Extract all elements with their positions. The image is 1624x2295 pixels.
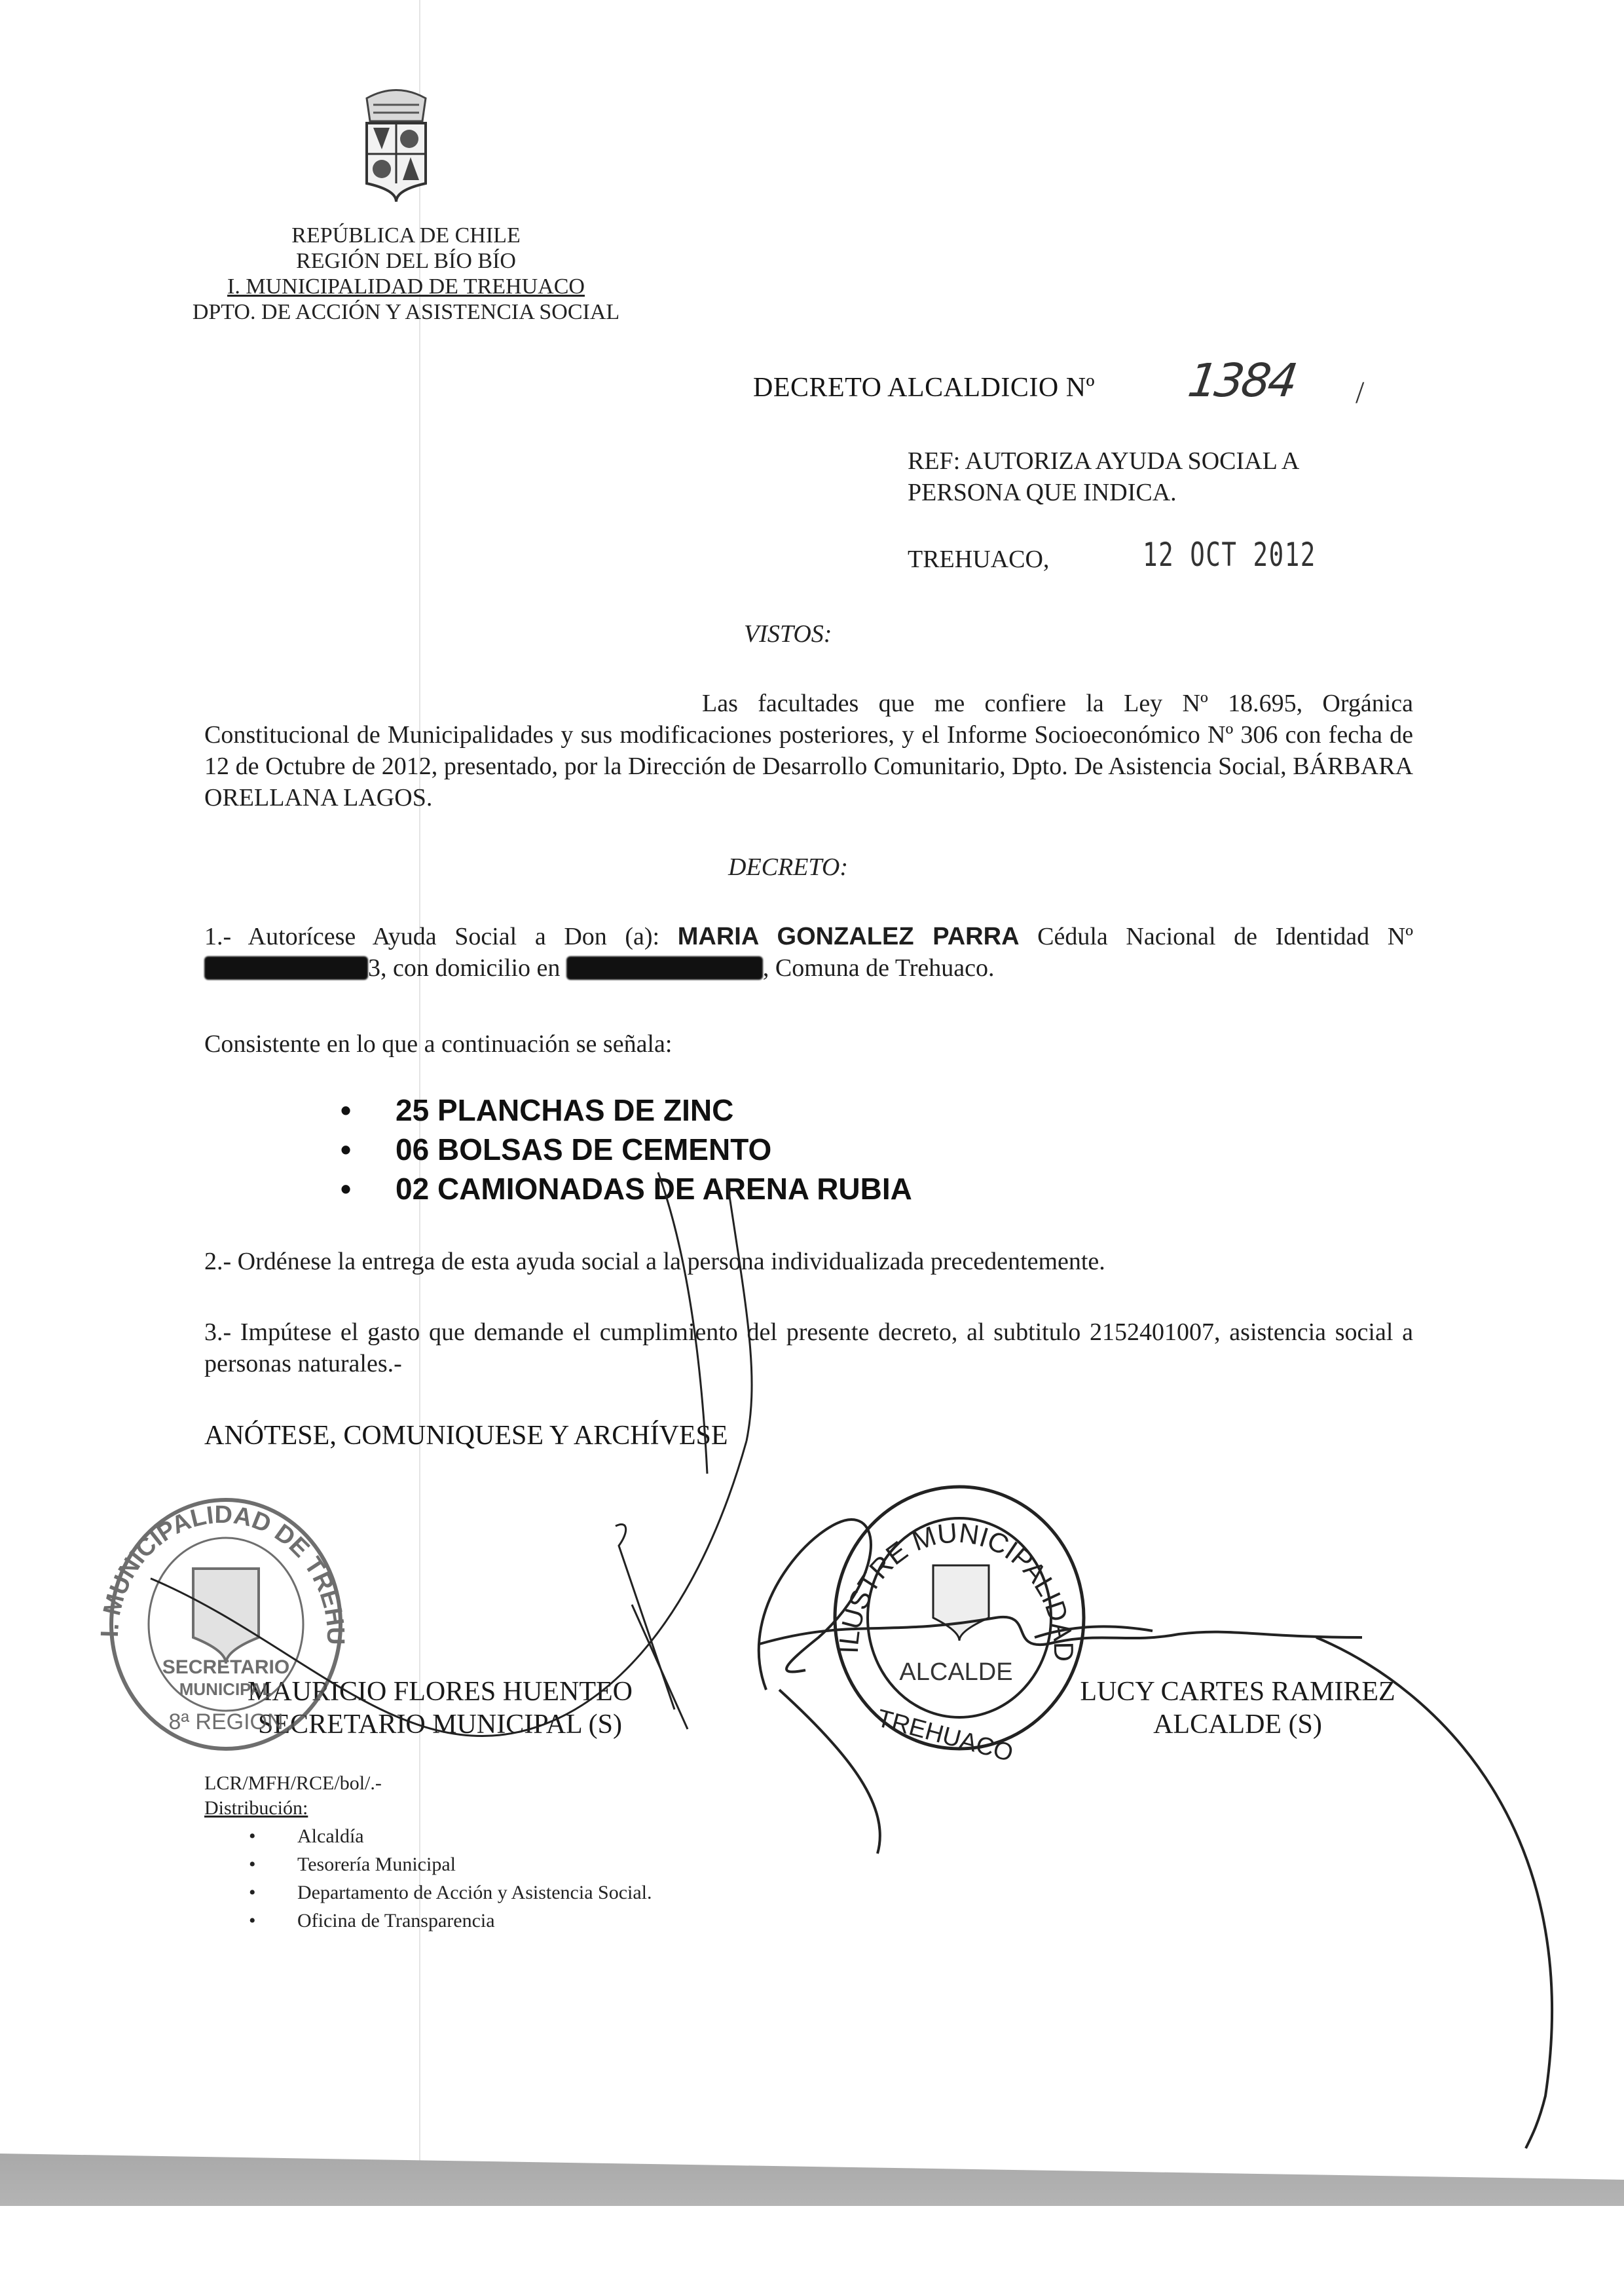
secretary-signature-block: MAURICIO FLORES HUENTEO SECRETARIO MUNIC… <box>204 1675 676 1741</box>
distribution-title: Distribución: <box>204 1797 308 1819</box>
aid-items-list: •25 PLANCHAS DE ZINC •06 BOLSAS DE CEMEN… <box>341 1091 912 1208</box>
secretary-title: SECRETARIO MUNICIPAL (S) <box>204 1708 676 1741</box>
article-1-prefix: 1.- Autorícese Ayuda Social a Don (a): <box>204 923 678 950</box>
vistos-heading: VISTOS: <box>744 620 832 648</box>
decree-number-handwritten: 1384 <box>1185 354 1299 407</box>
aid-item: •06 BOLSAS DE CEMENTO <box>341 1130 912 1169</box>
header-letterhead: REPÚBLICA DE CHILE REGIÓN DEL BÍO BÍO I.… <box>164 223 648 325</box>
distribution-item: •Tesorería Municipal <box>249 1850 652 1878</box>
article-1-end: , Comuna de Trehuaco. <box>763 954 995 982</box>
distribution-item: •Alcaldía <box>249 1822 652 1850</box>
article-3-paragraph: 3.- Impútese el gasto que demande el cum… <box>204 1316 1413 1379</box>
decree-slash: / <box>1356 375 1364 411</box>
bullet-icon: • <box>249 1878 297 1907</box>
article-1-paragraph: 1.- Autorícese Ayuda Social a Don (a): M… <box>204 921 1413 984</box>
mayor-handwritten-signature <box>759 1520 1552 2148</box>
consistente-line: Consistente en lo que a continuación se … <box>204 1028 1413 1060</box>
vistos-paragraph: Las facultades que me confiere la Ley Nº… <box>204 688 1413 813</box>
svg-text:ALCALDE: ALCALDE <box>899 1658 1012 1686</box>
header-country: REPÚBLICA DE CHILE <box>164 223 648 248</box>
id-suffix: 3 <box>368 954 380 982</box>
bullet-icon: • <box>249 1907 297 1935</box>
article-1-address-label: , con domicilio en <box>380 954 566 982</box>
coat-of-arms-icon <box>357 85 435 203</box>
bullet-icon: • <box>249 1822 297 1850</box>
reference-block: REF: AUTORIZA AYUDA SOCIAL A PERSONA QUE… <box>908 445 1299 508</box>
closing-formula: ANÓTESE, COMUNIQUESE Y ARCHÍVESE <box>204 1420 728 1451</box>
bullet-icon: • <box>341 1169 396 1208</box>
aid-item: •25 PLANCHAS DE ZINC <box>341 1091 912 1130</box>
decreto-heading: DECRETO: <box>728 853 848 882</box>
place-label: TREHUACO, <box>908 545 1049 574</box>
redacted-address <box>566 956 763 980</box>
aid-item: •02 CAMIONADAS DE ARENA RUBIA <box>341 1169 912 1208</box>
date-stamp: 12 OCT 2012 <box>1143 536 1316 574</box>
reference-line-2: PERSONA QUE INDICA. <box>908 477 1299 508</box>
mayor-title: ALCALDE (S) <box>1035 1708 1441 1741</box>
bullet-icon: • <box>341 1130 396 1169</box>
distribution-item: •Departamento de Acción y Asistencia Soc… <box>249 1878 652 1907</box>
bullet-icon: • <box>341 1091 396 1130</box>
mayor-name: LUCY CARTES RAMIREZ <box>1035 1675 1441 1708</box>
header-region: REGIÓN DEL BÍO BÍO <box>164 248 648 274</box>
secretary-name: MAURICIO FLORES HUENTEO <box>204 1675 676 1708</box>
svg-text:ILUSTRE MUNICIPALIDAD: ILUSTRE MUNICIPALIDAD <box>833 1517 1079 1662</box>
article-2-paragraph: 2.- Ordénese la entrega de esta ayuda so… <box>204 1246 1413 1277</box>
svg-text:TREHUACO: TREHUACO <box>874 1705 1016 1768</box>
reference-line-1: REF: AUTORIZA AYUDA SOCIAL A <box>908 445 1299 477</box>
mayor-signature-block: LUCY CARTES RAMIREZ ALCALDE (S) <box>1035 1675 1441 1741</box>
header-municipality: I. MUNICIPALIDAD DE TREHUACO <box>164 274 648 299</box>
decree-title: DECRETO ALCALDICIO Nº <box>753 372 1095 403</box>
distribution-item: •Oficina de Transparencia <box>249 1907 652 1935</box>
bullet-icon: • <box>249 1850 297 1878</box>
article-1-id-label: Cédula Nacional de Identidad Nº <box>1020 923 1413 950</box>
redacted-id-number <box>204 956 368 980</box>
header-department: DPTO. DE ACCIÓN Y ASISTENCIA SOCIAL <box>164 299 648 325</box>
beneficiary-name: MARIA GONZALEZ PARRA <box>678 923 1020 950</box>
initials-line: LCR/MFH/RCE/bol/.- <box>204 1772 382 1795</box>
distribution-list: •Alcaldía •Tesorería Municipal •Departam… <box>249 1822 652 1935</box>
scan-page-edge-shadow <box>0 2154 1624 2206</box>
